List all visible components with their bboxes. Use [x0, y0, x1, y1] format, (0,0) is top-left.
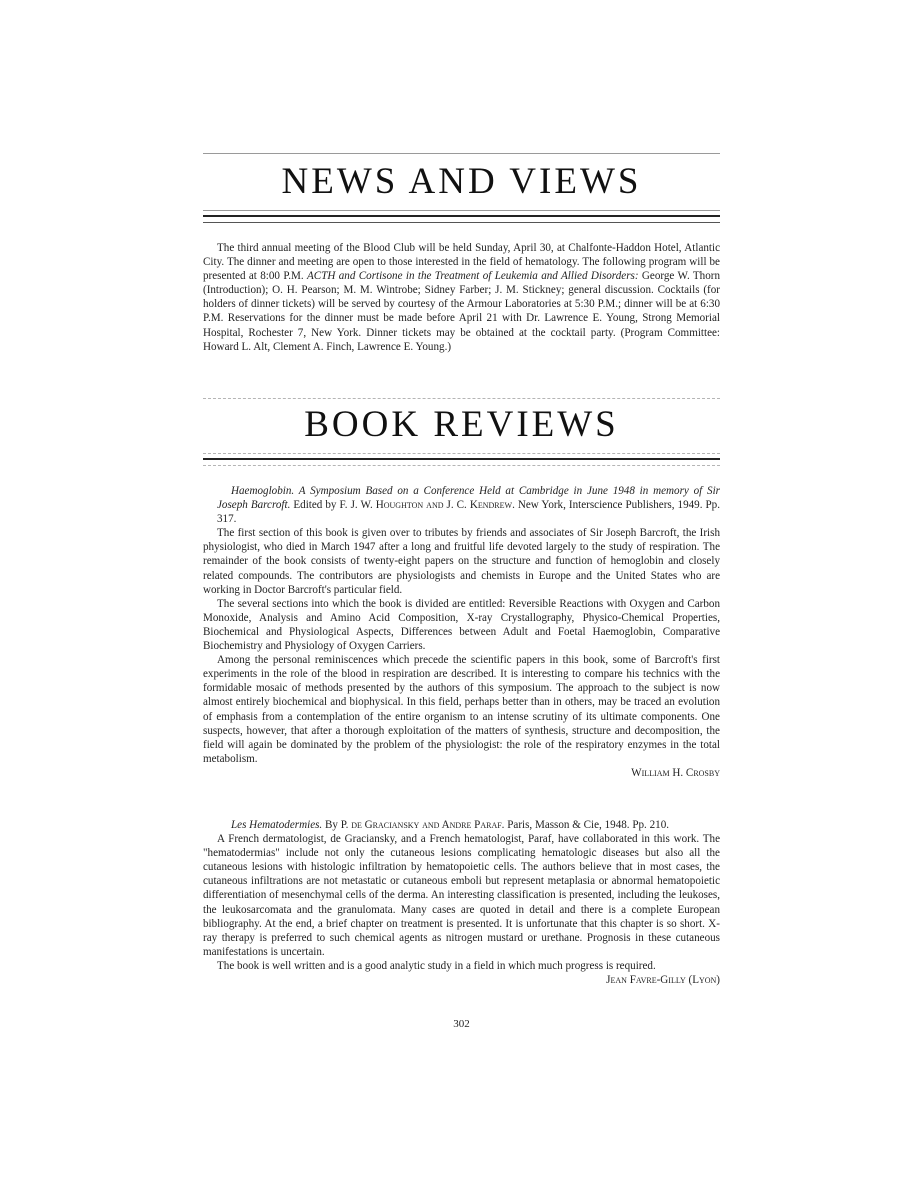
review-haemoglobin: Haemoglobin. A Symposium Based on a Conf…	[203, 484, 720, 780]
book-authors: P. de Graciansky and Andre Paraf	[341, 819, 502, 831]
review-paragraph: The book is well written and is a good a…	[203, 959, 720, 973]
book-title: Les Hematodermies.	[231, 819, 322, 831]
review-paragraph: The several sections into which the book…	[203, 597, 720, 653]
page-number: 302	[203, 1018, 720, 1030]
journal-page: NEWS AND VIEWS The third annual meeting …	[0, 0, 918, 1188]
book-editors: F. J. W. Houghton and J. C. Kendrew	[340, 499, 513, 511]
book-publication: . Paris, Masson & Cie, 1948. Pp. 210.	[502, 819, 669, 831]
review-hematodermies: Les Hematodermies. By P. de Graciansky a…	[203, 818, 720, 987]
news-rule-middle	[203, 215, 720, 217]
reviewer-name: Jean Favre-Gilly (Lyon)	[203, 973, 720, 987]
top-rule	[203, 153, 720, 154]
reviews-rule-lower	[203, 465, 720, 466]
news-rule-upper	[203, 210, 720, 211]
review-citation: Les Hematodermies. By P. de Graciansky a…	[203, 818, 720, 832]
reviews-rule-middle	[203, 458, 720, 460]
reviewer-name: William H. Crosby	[203, 766, 720, 780]
news-body: The third annual meeting of the Blood Cl…	[203, 241, 720, 354]
reviews-rule-upper	[203, 453, 720, 454]
program-title: ACTH and Cortisone in the Treatment of L…	[307, 270, 639, 282]
news-rule-lower	[203, 222, 720, 223]
news-paragraph: The third annual meeting of the Blood Cl…	[203, 241, 720, 354]
reviews-heading: BOOK REVIEWS	[203, 403, 720, 446]
review-paragraph: Among the personal reminiscences which p…	[203, 653, 720, 766]
review-paragraph: The first section of this book is given …	[203, 526, 720, 596]
review-paragraph: A French dermatologist, de Graciansky, a…	[203, 832, 720, 959]
news-heading: NEWS AND VIEWS	[203, 160, 720, 203]
reviews-top-rule	[203, 398, 720, 399]
review-citation: Haemoglobin. A Symposium Based on a Conf…	[203, 484, 720, 526]
